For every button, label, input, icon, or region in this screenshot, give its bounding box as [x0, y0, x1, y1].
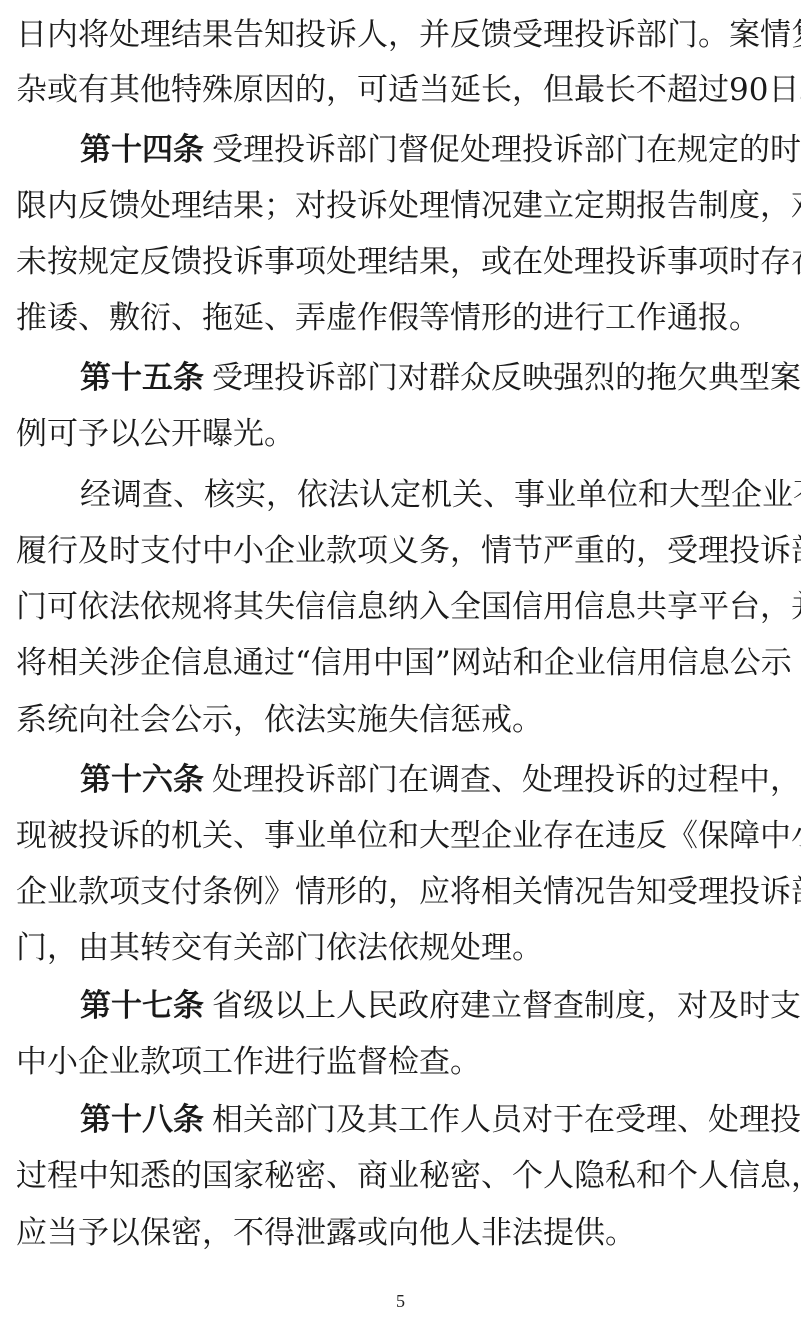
text-line: 未按规定反馈投诉事项处理结果，或在处理投诉事项时存在: [16, 242, 786, 282]
article-text: 相关部门及其工作人员对于在受理、处理投诉: [212, 1102, 801, 1138]
text-line: 门，由其转交有关部门依法依规处理。: [16, 928, 786, 968]
document-page: 日内将处理结果告知投诉人，并反馈受理投诉部门。案情复 杂或有其他特殊原因的，可适…: [0, 0, 801, 1320]
text-line: 系统向社会公示，依法实施失信惩戒。: [16, 700, 786, 740]
article-18-heading-line: 第十八条相关部门及其工作人员对于在受理、处理投诉: [80, 1100, 786, 1140]
article-text: 受理投诉部门对群众反映强烈的拖欠典型案: [212, 360, 801, 396]
article-16-heading-line: 第十六条处理投诉部门在调查、处理投诉的过程中，发: [80, 760, 786, 800]
article-number: 第十七条: [80, 988, 204, 1024]
text-line: 过程中知悉的国家秘密、商业秘密、个人隐私和个人信息，: [16, 1156, 786, 1196]
page-number: 5: [0, 1290, 801, 1312]
text-line: 现被投诉的机关、事业单位和大型企业存在违反《保障中小: [16, 816, 786, 856]
article-text: 省级以上人民政府建立督查制度，对及时支付: [212, 988, 801, 1024]
article-number: 第十四条: [80, 132, 204, 168]
text-line: 中小企业款项工作进行监督检查。: [16, 1042, 786, 1082]
text-line: 限内反馈处理结果；对投诉处理情况建立定期报告制度，对: [16, 186, 786, 226]
article-14-heading-line: 第十四条受理投诉部门督促处理投诉部门在规定的时: [80, 130, 786, 170]
article-number: 第十五条: [80, 360, 204, 396]
text-line: 门可依法依规将其失信信息纳入全国信用信息共享平台，并: [16, 587, 786, 627]
text-line: 将相关涉企信息通过“信用中国”网站和企业信用信息公示: [16, 643, 786, 683]
article-17-heading-line: 第十七条省级以上人民政府建立督查制度，对及时支付: [80, 986, 786, 1026]
article-text: 受理投诉部门督促处理投诉部门在规定的时: [212, 132, 801, 168]
text-line: 日内将处理结果告知投诉人，并反馈受理投诉部门。案情复: [16, 15, 786, 55]
text-line: 企业款项支付条例》情形的，应将相关情况告知受理投诉部: [16, 872, 786, 912]
article-15-heading-line: 第十五条受理投诉部门对群众反映强烈的拖欠典型案: [80, 358, 786, 398]
text-line: 经调查、核实，依法认定机关、事业单位和大型企业不: [80, 475, 786, 515]
text-line: 推诿、敷衍、拖延、弄虚作假等情形的进行工作通报。: [16, 298, 786, 338]
text-line: 杂或有其他特殊原因的，可适当延长，但最长不超过90日。: [16, 70, 786, 110]
text-line: 例可予以公开曝光。: [16, 414, 786, 454]
article-number: 第十六条: [80, 762, 204, 798]
article-number: 第十八条: [80, 1102, 204, 1138]
text-line: 履行及时支付中小企业款项义务，情节严重的，受理投诉部: [16, 531, 786, 571]
article-text: 处理投诉部门在调查、处理投诉的过程中，发: [212, 762, 801, 798]
text-line: 应当予以保密，不得泄露或向他人非法提供。: [16, 1213, 786, 1253]
